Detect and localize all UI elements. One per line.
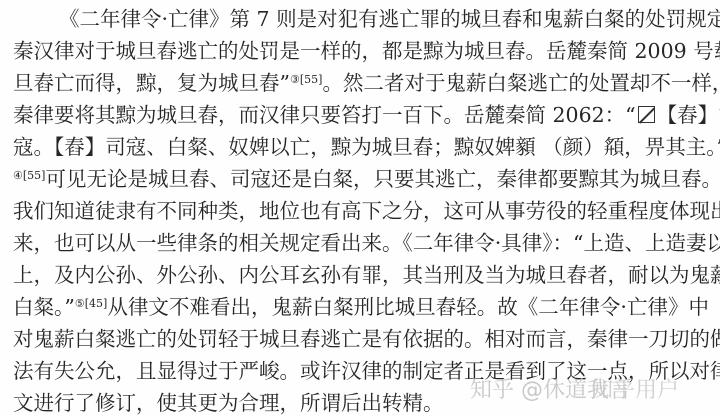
text-segment: 旦舂亡而得，黥，复为城旦舂” bbox=[13, 71, 290, 95]
text-line-4: 秦律要将其黥为城旦舂，而汉律只要笞打一百下。岳麓秦简 2062：“【舂】司 bbox=[13, 100, 709, 130]
missing-character-icon bbox=[638, 106, 655, 123]
text-line-1: 《二年律令·亡律》第 7 则是对犯有逃亡罪的城旦舂和鬼薪白粲的处罚规定。 bbox=[59, 4, 709, 34]
text-segment: 。然二者对于鬼薪白粲逃亡的处置却不一样， bbox=[322, 71, 720, 95]
text-line-3: 旦舂亡而得，黥，复为城旦舂”③[55]。然二者对于鬼薪白粲逃亡的处置却不一样， bbox=[13, 68, 709, 98]
text-segment: 从律文不难看出，鬼薪白粲刑比城旦舂轻。故《二年律令·亡律》中 bbox=[107, 295, 709, 319]
zhihu-watermark: 知乎 @休道我言知乎用户 bbox=[470, 376, 679, 406]
text-line-5: 寇。【舂】司寇、白粲、奴婢以亡，黥为城旦舂；黥奴婢顡 （颜）頯，畀其主。” bbox=[13, 132, 709, 162]
text-line-8: 来，也可以从一些律条的相关规定看出来。《二年律令·具律》：“上造、上造妻以 bbox=[13, 228, 709, 258]
text-segment: 白粲。” bbox=[13, 295, 75, 319]
document-page: 《二年律令·亡律》第 7 则是对犯有逃亡罪的城旦舂和鬼薪白粲的处罚规定。 秦汉律… bbox=[0, 0, 720, 415]
text-segment: 【舂】司 bbox=[657, 103, 720, 127]
citation-ref[interactable]: ④[55] bbox=[13, 169, 45, 182]
text-line-10: 白粲。”⑤[45]从律文不难看出，鬼薪白粲刑比城旦舂轻。故《二年律令·亡律》中 bbox=[13, 292, 709, 322]
text-line-2: 秦汉律对于城旦舂逃亡的处罚是一样的，都是黥为城旦舂。岳麓秦简 2009 号载“城 bbox=[13, 36, 709, 66]
citation-ref[interactable]: ③[55] bbox=[290, 73, 322, 86]
watermark-overlap: 知乎用户 bbox=[591, 378, 679, 403]
text-segment: 秦律要将其黥为城旦舂，而汉律只要笞打一百下。岳麓秦简 2062：“ bbox=[13, 103, 636, 127]
text-line-7: 我们知道徒隶有不同种类，地位也有高下之分，这可从事劳役的轻重程度体现出 bbox=[13, 196, 709, 226]
text-line-6: ④[55]可见无论是城旦舂、司寇还是白粲，只要其逃亡，秦律都要黥其为城旦舂。 bbox=[13, 164, 709, 194]
text-line-11: 对鬼薪白粲逃亡的处罚轻于城旦舂逃亡是有依据的。相对而言，秦律一刀切的做 bbox=[13, 324, 709, 354]
citation-ref[interactable]: ⑤[45] bbox=[75, 297, 108, 310]
text-line-9: 上，及内公孙、外公孙、内公耳玄孙有罪，其当刑及当为城旦舂者，耐以为鬼薪 bbox=[13, 260, 709, 290]
text-segment: 可见无论是城旦舂、司寇还是白粲，只要其逃亡，秦律都要黥其为城旦舂。 bbox=[45, 167, 720, 191]
